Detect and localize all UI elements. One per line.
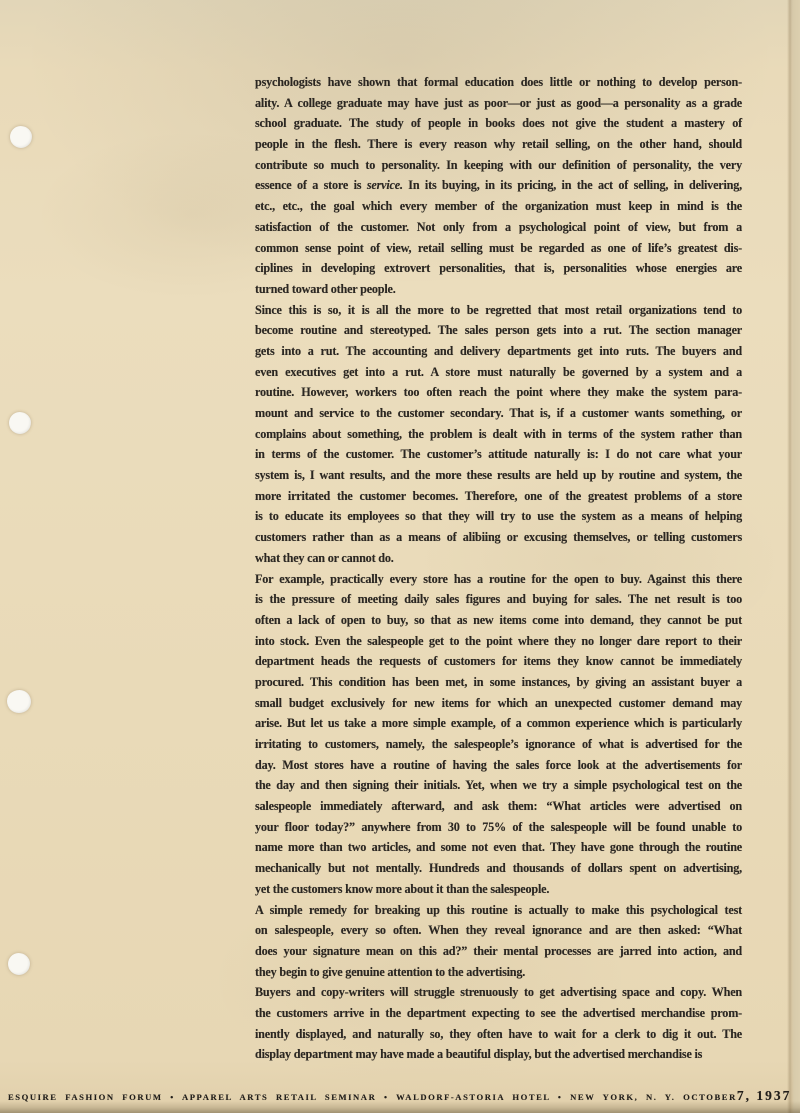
text-line: more irritated the customer becomes. The… bbox=[255, 489, 742, 510]
punch-hole bbox=[7, 690, 31, 713]
text-line: system is, I want results, and the more … bbox=[255, 468, 742, 489]
text-line: For example, practically every store has… bbox=[255, 572, 742, 593]
text-line: yet the customers know more about it tha… bbox=[255, 882, 742, 903]
body-text: psychologists have shown that formal edu… bbox=[255, 75, 742, 1068]
text-line: complains about something, the problem i… bbox=[255, 427, 742, 448]
text-line: ciplines in developing extrovert persona… bbox=[255, 261, 742, 282]
text-line: even executives get into a rut. A store … bbox=[255, 365, 742, 386]
punch-hole bbox=[8, 953, 30, 975]
text-line: department heads the requests of custome… bbox=[255, 654, 742, 675]
text-line: your floor today?” anywhere from 30 to 7… bbox=[255, 820, 742, 841]
text-line: small budget exclusively for new items f… bbox=[255, 696, 742, 717]
text-line: they begin to give genuine attention to … bbox=[255, 965, 742, 986]
text-line: turned toward other people. bbox=[255, 282, 742, 303]
text-line: procured. This condition has been met, i… bbox=[255, 675, 742, 696]
text-line: ality. A college graduate may have just … bbox=[255, 96, 742, 117]
text-line: common sense point of view, retail selli… bbox=[255, 241, 742, 262]
text-line: mount and service to the customer second… bbox=[255, 406, 742, 427]
footer-date: 7, 1937 bbox=[737, 1088, 792, 1104]
text-line: Since this is so, it is all the more to … bbox=[255, 303, 742, 324]
text-line: psychologists have shown that formal edu… bbox=[255, 75, 742, 96]
text-line: is the pressure of meeting daily sales f… bbox=[255, 592, 742, 613]
text-line: salespeople immediately afterward, and a… bbox=[255, 799, 742, 820]
punch-hole bbox=[9, 412, 31, 434]
punch-hole bbox=[10, 126, 32, 148]
footer: ESQUIRE FASHION FORUM • APPAREL ARTS RET… bbox=[8, 1088, 786, 1104]
text-line: essence of a store is service. In its bu… bbox=[255, 178, 742, 199]
text-line: A simple remedy for breaking up this rou… bbox=[255, 903, 742, 924]
text-line: etc., etc., the goal which every member … bbox=[255, 199, 742, 220]
text-line: arise. But let us take a more simple exa… bbox=[255, 716, 742, 737]
text-line: contribute so much to personality. In ke… bbox=[255, 158, 742, 179]
text-line: display department may have made a beaut… bbox=[255, 1047, 742, 1068]
text-line: satisfaction of the customer. Not only f… bbox=[255, 220, 742, 241]
text-line: often a lack of open to buy, so that as … bbox=[255, 613, 742, 634]
text-line: customers rather than as a means of alib… bbox=[255, 530, 742, 551]
text-line: inently displayed, and naturally so, the… bbox=[255, 1027, 742, 1048]
text-line: people in the flesh. There is every reas… bbox=[255, 137, 742, 158]
text-line: Buyers and copy-writers will struggle st… bbox=[255, 985, 742, 1006]
text-line: become routine and stereotyped. The sale… bbox=[255, 323, 742, 344]
text-line: in terms of the customer. The customer’s… bbox=[255, 447, 742, 468]
text-line: the day and then signing their initials.… bbox=[255, 778, 742, 799]
text-line: does your signature mean on this ad?” th… bbox=[255, 944, 742, 965]
text-line: gets into a rut. The accounting and deli… bbox=[255, 344, 742, 365]
text-line: school graduate. The study of people in … bbox=[255, 116, 742, 137]
text-line: mechanically but not mentally. Hundreds … bbox=[255, 861, 742, 882]
document-page: psychologists have shown that formal edu… bbox=[0, 0, 800, 1113]
text-line: day. Most stores have a routine of havin… bbox=[255, 758, 742, 779]
text-line: the customers arrive in the department e… bbox=[255, 1006, 742, 1027]
footer-event-text: ESQUIRE FASHION FORUM • APPAREL ARTS RET… bbox=[8, 1092, 737, 1102]
text-line: is to educate its employees so that they… bbox=[255, 509, 742, 530]
text-line: on salespeople, every so often. When the… bbox=[255, 923, 742, 944]
text-line: irritating to customers, namely, the sal… bbox=[255, 737, 742, 758]
text-line: name more than two articles, and some no… bbox=[255, 840, 742, 861]
text-line: what they can or cannot do. bbox=[255, 551, 742, 572]
text-line: routine. However, workers too often reac… bbox=[255, 385, 742, 406]
text-line: into stock. Even the salespeople get to … bbox=[255, 634, 742, 655]
